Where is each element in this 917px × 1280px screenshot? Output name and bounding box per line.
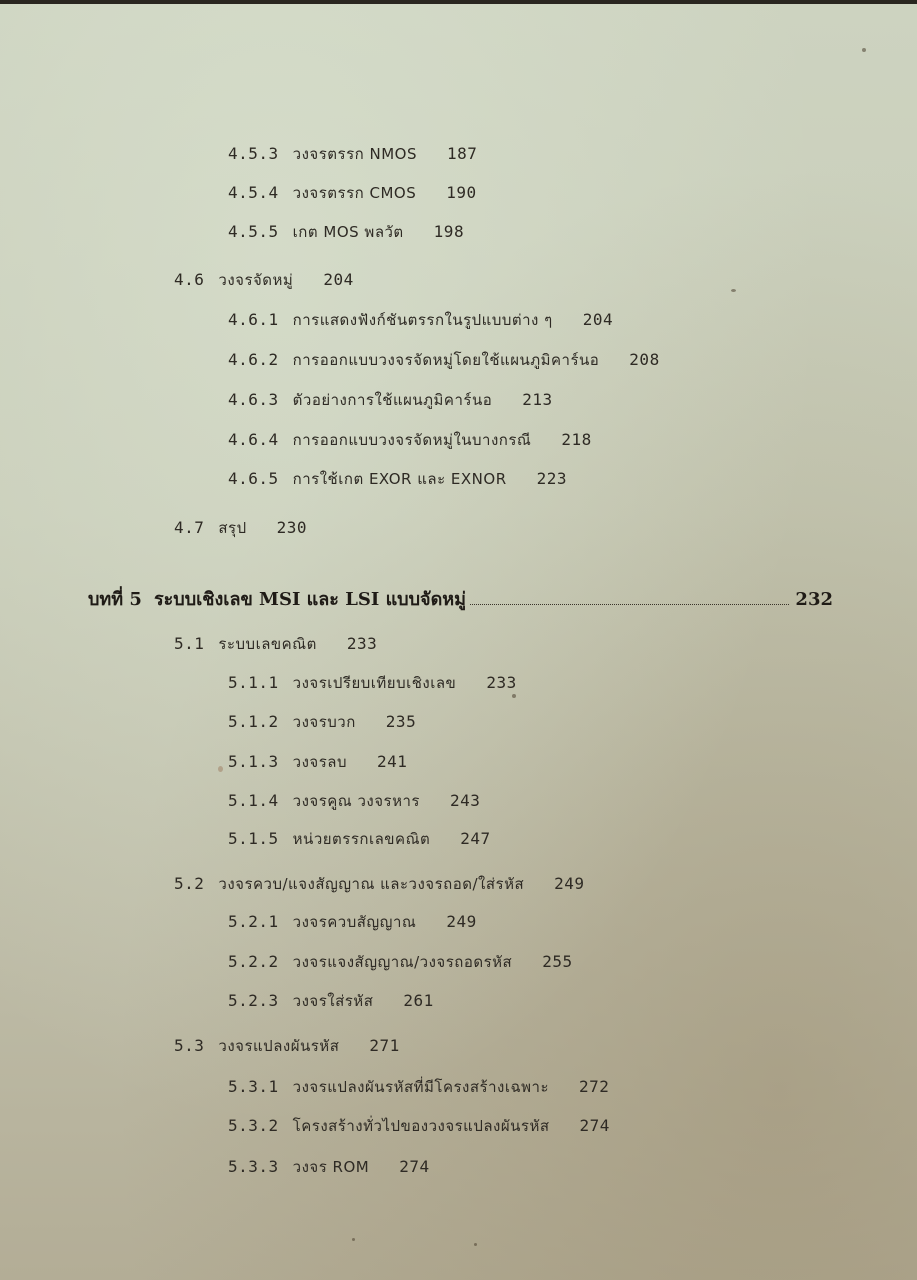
toc-entry[interactable]: 4.7สรุป230 bbox=[174, 516, 307, 540]
entry-page: 190 bbox=[446, 183, 476, 202]
entry-title: วงจรควบสัญญาณ bbox=[293, 910, 417, 934]
entry-title: วงจรคูณ วงจรหาร bbox=[293, 789, 420, 813]
toc-entry[interactable]: 4.6.4การออกแบบวงจรจัดหมู่ในบางกรณี218 bbox=[228, 428, 592, 452]
paper-speck bbox=[474, 1243, 477, 1246]
dot-leader bbox=[470, 603, 789, 605]
entry-number: 5.1.5 bbox=[228, 829, 279, 848]
toc-entry[interactable]: 5.1.1วงจรเปรียบเทียบเชิงเลข233 bbox=[228, 671, 517, 695]
scanned-page: 4.5.3วงจรตรรก NMOS187 4.5.4วงจรตรรก CMOS… bbox=[0, 4, 917, 1280]
chapter-heading[interactable]: บทที่ 5 ระบบเชิงเลข MSI และ LSI แบบจัดหม… bbox=[88, 584, 833, 613]
entry-title: วงจรแปลงผันรหัส bbox=[218, 1034, 339, 1058]
entry-title: เกต MOS พลวัต bbox=[293, 220, 404, 244]
entry-page: 204 bbox=[583, 310, 613, 329]
toc-entry[interactable]: 5.1.4วงจรคูณ วงจรหาร243 bbox=[228, 789, 480, 813]
entry-title: วงจรแปลงผันรหัสที่มีโครงสร้างเฉพาะ bbox=[293, 1075, 549, 1099]
paper-speck bbox=[218, 766, 223, 772]
paper-speck bbox=[862, 48, 866, 52]
entry-title: วงจรลบ bbox=[293, 750, 347, 774]
toc-entry[interactable]: 5.3.3วงจร ROM274 bbox=[228, 1155, 430, 1179]
entry-number: 4.7 bbox=[174, 518, 204, 537]
entry-title: การใช้เกต EXOR และ EXNOR bbox=[293, 467, 507, 491]
entry-title: วงจรตรรก CMOS bbox=[293, 181, 417, 205]
entry-page: 230 bbox=[277, 518, 307, 537]
entry-number: 4.5.3 bbox=[228, 144, 279, 163]
entry-title: สรุป bbox=[218, 516, 246, 540]
entry-page: 249 bbox=[554, 874, 584, 893]
toc-entry[interactable]: 5.2.3วงจรใส่รหัส261 bbox=[228, 989, 434, 1013]
entry-page: 271 bbox=[369, 1036, 399, 1055]
entry-page: 213 bbox=[522, 390, 552, 409]
entry-title: การออกแบบวงจรจัดหมู่ในบางกรณี bbox=[293, 428, 532, 452]
entry-number: 4.6.1 bbox=[228, 310, 279, 329]
toc-entry[interactable]: 4.5.5เกต MOS พลวัต198 bbox=[228, 220, 464, 244]
entry-title: วงจรตรรก NMOS bbox=[293, 142, 417, 166]
toc-entry[interactable]: 4.6.1การแสดงฟังก์ชันตรรกในรูปแบบต่าง ๆ20… bbox=[228, 308, 613, 332]
entry-title: วงจรเปรียบเทียบเชิงเลข bbox=[293, 671, 457, 695]
entry-title: วงจรบวก bbox=[293, 710, 356, 734]
entry-number: 5.3.3 bbox=[228, 1157, 279, 1176]
toc-entry[interactable]: 5.2วงจรควบ/แจงสัญญาณ และวงจรถอด/ใส่รหัส2… bbox=[174, 872, 585, 896]
entry-page: 235 bbox=[386, 712, 416, 731]
entry-title: วงจร ROM bbox=[293, 1155, 370, 1179]
entry-title: วงจรแจงสัญญาณ/วงจรถอดรหัส bbox=[293, 950, 513, 974]
chapter-title: ระบบเชิงเลข MSI และ LSI แบบจัดหมู่ bbox=[154, 584, 466, 613]
entry-number: 4.6.2 bbox=[228, 350, 279, 369]
entry-title: วงจรควบ/แจงสัญญาณ และวงจรถอด/ใส่รหัส bbox=[218, 872, 524, 896]
entry-page: 241 bbox=[377, 752, 407, 771]
toc-entry[interactable]: 5.1.2วงจรบวก235 bbox=[228, 710, 416, 734]
entry-page: 187 bbox=[447, 144, 477, 163]
entry-page: 274 bbox=[399, 1157, 429, 1176]
entry-title: โครงสร้างทั่วไปของวงจรแปลงผันรหัส bbox=[293, 1114, 550, 1138]
toc-entry[interactable]: 5.3วงจรแปลงผันรหัส271 bbox=[174, 1034, 400, 1058]
toc-entry[interactable]: 5.1.5หน่วยตรรกเลขคณิต247 bbox=[228, 827, 491, 851]
entry-number: 5.2.2 bbox=[228, 952, 279, 971]
entry-title: ระบบเลขคณิต bbox=[218, 632, 316, 656]
toc-entry[interactable]: 5.3.1วงจรแปลงผันรหัสที่มีโครงสร้างเฉพาะ2… bbox=[228, 1075, 609, 1099]
entry-page: 208 bbox=[629, 350, 659, 369]
paper-speck bbox=[352, 1238, 355, 1241]
entry-title: ตัวอย่างการใช้แผนภูมิคาร์นอ bbox=[293, 388, 493, 412]
entry-number: 4.5.5 bbox=[228, 222, 279, 241]
chapter-label: บทที่ 5 bbox=[88, 584, 142, 613]
chapter-page: 232 bbox=[795, 589, 833, 610]
entry-number: 4.6.3 bbox=[228, 390, 279, 409]
entry-page: 233 bbox=[347, 634, 377, 653]
toc-entry[interactable]: 4.6วงจรจัดหมู่204 bbox=[174, 268, 354, 292]
toc-entry[interactable]: 4.6.2การออกแบบวงจรจัดหมู่โดยใช้แผนภูมิคา… bbox=[228, 348, 660, 372]
entry-page: 261 bbox=[403, 991, 433, 1010]
entry-page: 233 bbox=[486, 673, 516, 692]
entry-page: 247 bbox=[460, 829, 490, 848]
paper-speck bbox=[731, 289, 736, 292]
entry-title: วงจรจัดหมู่ bbox=[218, 268, 293, 292]
entry-number: 5.1.4 bbox=[228, 791, 279, 810]
entry-number: 5.1.1 bbox=[228, 673, 279, 692]
toc-entry[interactable]: 4.6.3ตัวอย่างการใช้แผนภูมิคาร์นอ213 bbox=[228, 388, 553, 412]
entry-page: 218 bbox=[561, 430, 591, 449]
toc-entry[interactable]: 4.5.4วงจรตรรก CMOS190 bbox=[228, 181, 477, 205]
entry-page: 274 bbox=[580, 1116, 610, 1135]
entry-number: 4.6.4 bbox=[228, 430, 279, 449]
entry-number: 5.3.1 bbox=[228, 1077, 279, 1096]
entry-page: 204 bbox=[323, 270, 353, 289]
entry-page: 223 bbox=[537, 469, 567, 488]
entry-title: การแสดงฟังก์ชันตรรกในรูปแบบต่าง ๆ bbox=[293, 308, 553, 332]
entry-number: 5.3 bbox=[174, 1036, 204, 1055]
toc-entry[interactable]: 5.1.3วงจรลบ241 bbox=[228, 750, 407, 774]
toc-entry[interactable]: 5.2.1วงจรควบสัญญาณ249 bbox=[228, 910, 477, 934]
toc-entry[interactable]: 5.2.2วงจรแจงสัญญาณ/วงจรถอดรหัส255 bbox=[228, 950, 573, 974]
entry-number: 4.5.4 bbox=[228, 183, 279, 202]
entry-title: การออกแบบวงจรจัดหมู่โดยใช้แผนภูมิคาร์นอ bbox=[293, 348, 600, 372]
entry-page: 272 bbox=[579, 1077, 609, 1096]
entry-page: 198 bbox=[434, 222, 464, 241]
entry-number: 5.2 bbox=[174, 874, 204, 893]
toc-entry[interactable]: 5.1ระบบเลขคณิต233 bbox=[174, 632, 377, 656]
entry-number: 5.2.3 bbox=[228, 991, 279, 1010]
toc-entry[interactable]: 5.3.2โครงสร้างทั่วไปของวงจรแปลงผันรหัส27… bbox=[228, 1114, 610, 1138]
entry-number: 5.1.2 bbox=[228, 712, 279, 731]
entry-number: 4.6 bbox=[174, 270, 204, 289]
entry-page: 249 bbox=[446, 912, 476, 931]
entry-title: วงจรใส่รหัส bbox=[293, 989, 374, 1013]
toc-entry[interactable]: 4.6.5การใช้เกต EXOR และ EXNOR223 bbox=[228, 467, 567, 491]
entry-number: 4.6.5 bbox=[228, 469, 279, 488]
entry-number: 5.3.2 bbox=[228, 1116, 279, 1135]
entry-number: 5.2.1 bbox=[228, 912, 279, 931]
entry-title: หน่วยตรรกเลขคณิต bbox=[293, 827, 431, 851]
entry-number: 5.1 bbox=[174, 634, 204, 653]
entry-page: 255 bbox=[542, 952, 572, 971]
entry-number: 5.1.3 bbox=[228, 752, 279, 771]
toc-entry[interactable]: 4.5.3วงจรตรรก NMOS187 bbox=[228, 142, 477, 166]
entry-page: 243 bbox=[450, 791, 480, 810]
